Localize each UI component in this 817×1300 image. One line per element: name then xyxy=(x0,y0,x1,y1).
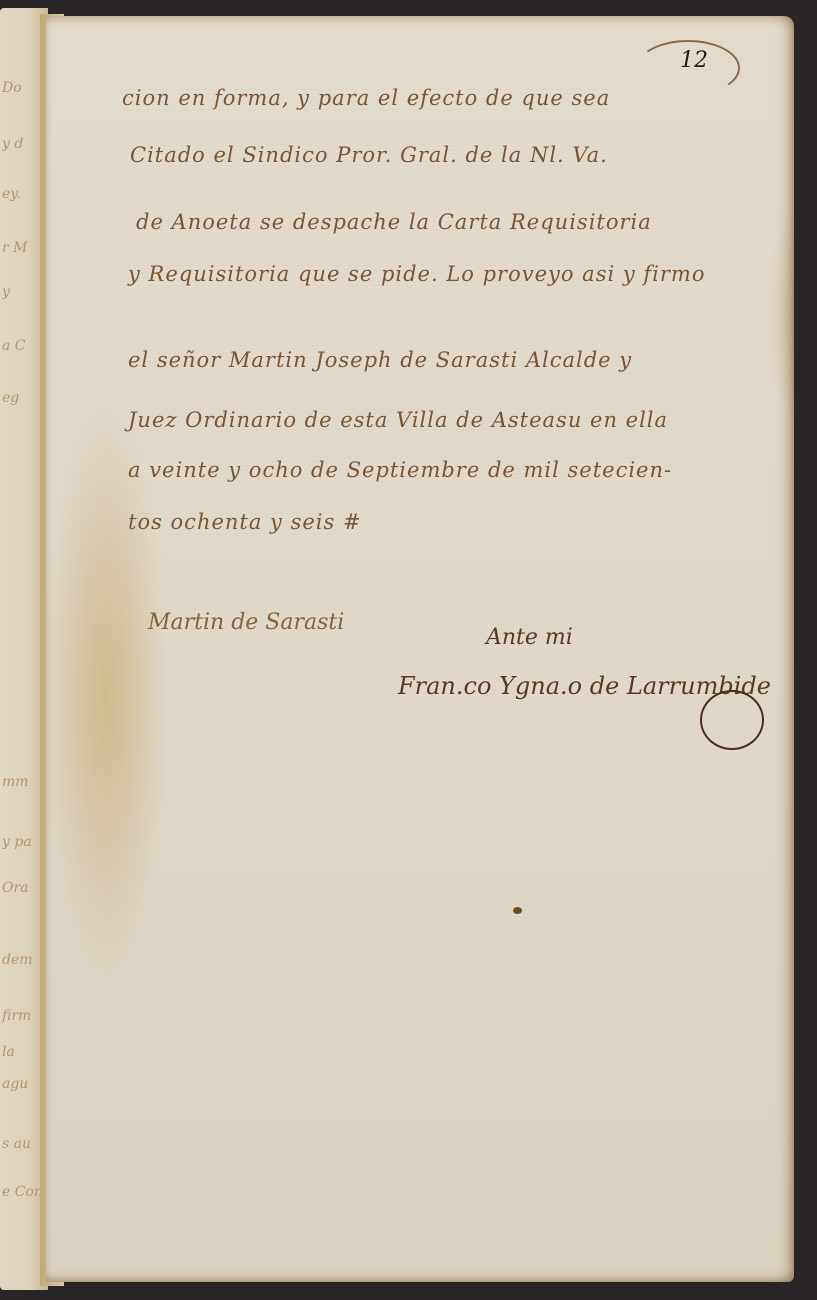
body-line-8: tos ochenta y seis # xyxy=(128,510,362,534)
manuscript-page xyxy=(46,16,794,1282)
body-line-4: y Requisitoria que se pide. Lo proveyo a… xyxy=(128,262,706,286)
ink-blot xyxy=(513,907,522,914)
signature-alcalde: Martin de Sarasti xyxy=(148,610,344,635)
body-line-2: Citado el Sindico Pror. Gral. de la Nl. … xyxy=(130,143,608,167)
rubric-flourish xyxy=(700,690,764,750)
folio-number: 12 xyxy=(680,48,708,73)
body-line-3: de Anoeta se despache la Carta Requisito… xyxy=(136,210,652,234)
signature-ante-mi: Ante mi xyxy=(486,625,573,650)
body-line-6: Juez Ordinario de esta Villa de Asteasu … xyxy=(128,408,668,432)
body-line-1: cion en forma, y para el efecto de que s… xyxy=(122,86,610,110)
body-line-7: a veinte y ocho de Septiembre de mil set… xyxy=(128,458,672,482)
body-line-5: el señor Martin Joseph de Sarasti Alcald… xyxy=(128,348,632,372)
